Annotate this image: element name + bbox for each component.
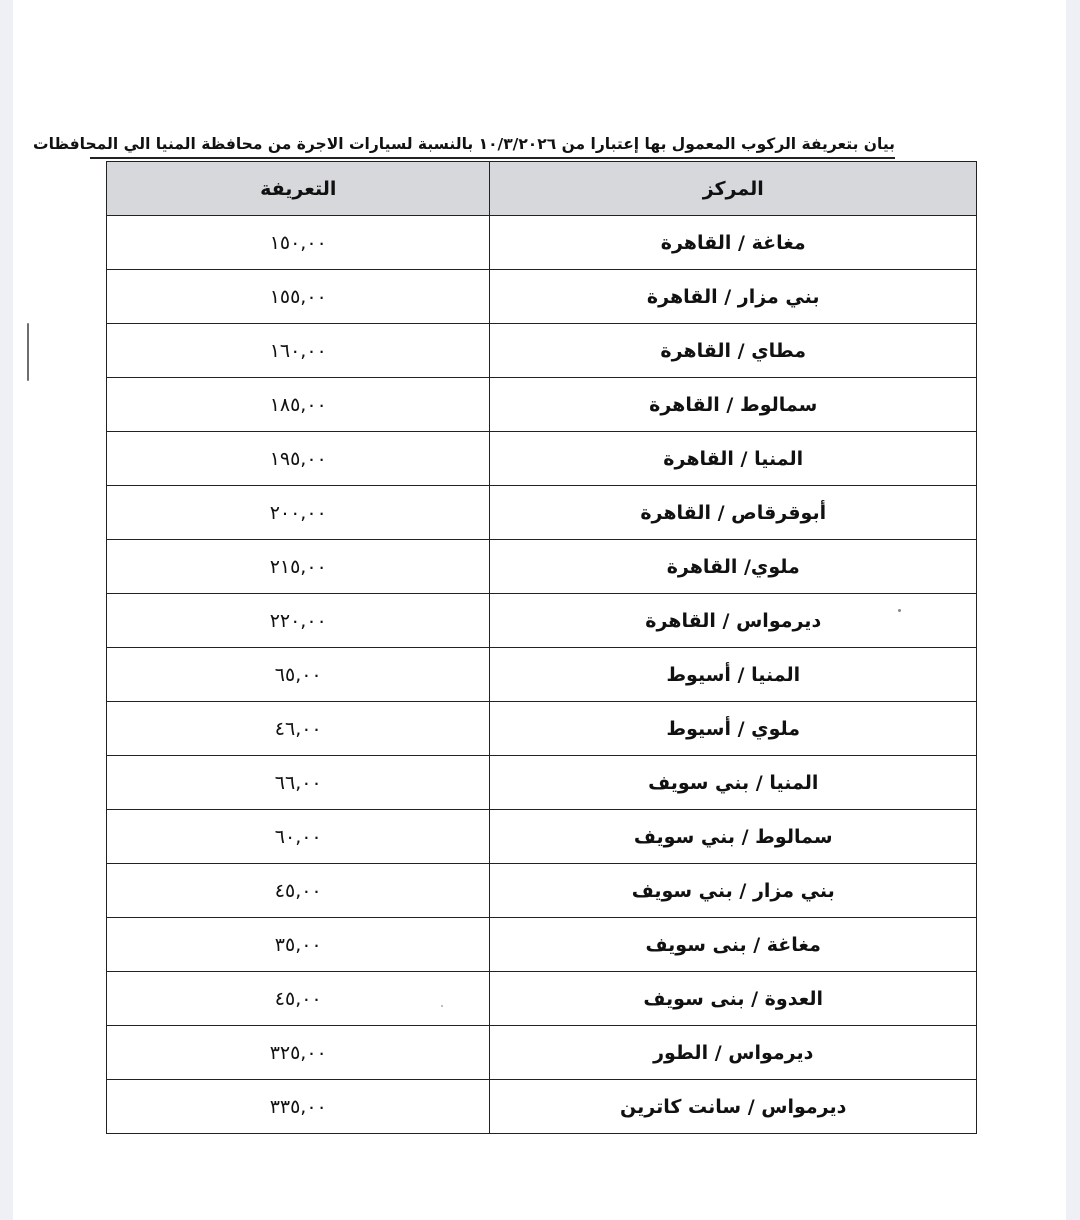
route-cell: المنيا / أسيوط (490, 648, 977, 702)
fare-cell: ١٩٥,٠٠ (107, 432, 490, 486)
table-row: ديرمواس / سانت كاترين ٣٣٥,٠٠ (107, 1080, 977, 1134)
fare-cell: ٤٦,٠٠ (107, 702, 490, 756)
fare-cell: ١٥٠,٠٠ (107, 216, 490, 270)
fare-cell: ٦٥,٠٠ (107, 648, 490, 702)
route-cell: ملوي/ القاهرة (490, 540, 977, 594)
fare-cell: ٢٢٠,٠٠ (107, 594, 490, 648)
route-cell: ديرمواس / سانت كاترين (490, 1080, 977, 1134)
scan-edge-right (1066, 0, 1080, 1220)
fare-table: المركز التعريفة مغاغة / القاهرة ١٥٠,٠٠ ب… (106, 161, 977, 1134)
route-cell: ديرمواس / القاهرة (490, 594, 977, 648)
fare-cell: ٣٥,٠٠ (107, 918, 490, 972)
fare-cell: ٦٦,٠٠ (107, 756, 490, 810)
header-fare: التعريفة (107, 162, 490, 216)
route-cell: العدوة / بنى سويف (490, 972, 977, 1026)
scan-edge-left (0, 0, 13, 1220)
table-row: مغاغة / القاهرة ١٥٠,٠٠ (107, 216, 977, 270)
table-row: أبوقرقاص / القاهرة ٢٠٠,٠٠ (107, 486, 977, 540)
table-row: بني مزار / القاهرة ١٥٥,٠٠ (107, 270, 977, 324)
route-cell: مغاغة / القاهرة (490, 216, 977, 270)
header-route: المركز (490, 162, 977, 216)
table-row: ديرمواس / القاهرة ٢٢٠,٠٠ (107, 594, 977, 648)
fare-cell: ١٦٠,٠٠ (107, 324, 490, 378)
table-row: سمالوط / بني سويف ٦٠,٠٠ (107, 810, 977, 864)
table-row: ملوي/ القاهرة ٢١٥,٠٠ (107, 540, 977, 594)
fare-cell: ١٨٥,٠٠ (107, 378, 490, 432)
route-cell: أبوقرقاص / القاهرة (490, 486, 977, 540)
table-row: العدوة / بنى سويف ٤٥,٠٠ (107, 972, 977, 1026)
fare-cell: ١٥٥,٠٠ (107, 270, 490, 324)
route-cell: ديرمواس / الطور (490, 1026, 977, 1080)
table-header-row: المركز التعريفة (107, 162, 977, 216)
route-cell: سمالوط / القاهرة (490, 378, 977, 432)
table-row: المنيا / أسيوط ٦٥,٠٠ (107, 648, 977, 702)
route-cell: مغاغة / بنى سويف (490, 918, 977, 972)
route-cell: سمالوط / بني سويف (490, 810, 977, 864)
fare-cell: ٣٢٥,٠٠ (107, 1026, 490, 1080)
table-row: مطاي / القاهرة ١٦٠,٠٠ (107, 324, 977, 378)
table-row: مغاغة / بنى سويف ٣٥,٠٠ (107, 918, 977, 972)
fare-cell: ٣٣٥,٠٠ (107, 1080, 490, 1134)
route-cell: بني مزار / القاهرة (490, 270, 977, 324)
fare-cell: ٢١٥,٠٠ (107, 540, 490, 594)
fare-cell: ٦٠,٠٠ (107, 810, 490, 864)
table-row: ملوي / أسيوط ٤٦,٠٠ (107, 702, 977, 756)
table-row: سمالوط / القاهرة ١٨٥,٠٠ (107, 378, 977, 432)
fare-cell: ٤٥,٠٠ (107, 972, 490, 1026)
route-cell: بني مزار / بني سويف (490, 864, 977, 918)
document-title: بيان بتعريفة الركوب المعمول بها إعتبارا … (90, 131, 895, 159)
route-cell: ملوي / أسيوط (490, 702, 977, 756)
table-row: ديرمواس / الطور ٣٢٥,٠٠ (107, 1026, 977, 1080)
route-cell: المنيا / القاهرة (490, 432, 977, 486)
fare-cell: ٤٥,٠٠ (107, 864, 490, 918)
scan-artifact-mark (27, 323, 29, 381)
fare-cell: ٢٠٠,٠٠ (107, 486, 490, 540)
route-cell: المنيا / بني سويف (490, 756, 977, 810)
table-row: المنيا / بني سويف ٦٦,٠٠ (107, 756, 977, 810)
route-cell: مطاي / القاهرة (490, 324, 977, 378)
table-row: المنيا / القاهرة ١٩٥,٠٠ (107, 432, 977, 486)
table-row: بني مزار / بني سويف ٤٥,٠٠ (107, 864, 977, 918)
